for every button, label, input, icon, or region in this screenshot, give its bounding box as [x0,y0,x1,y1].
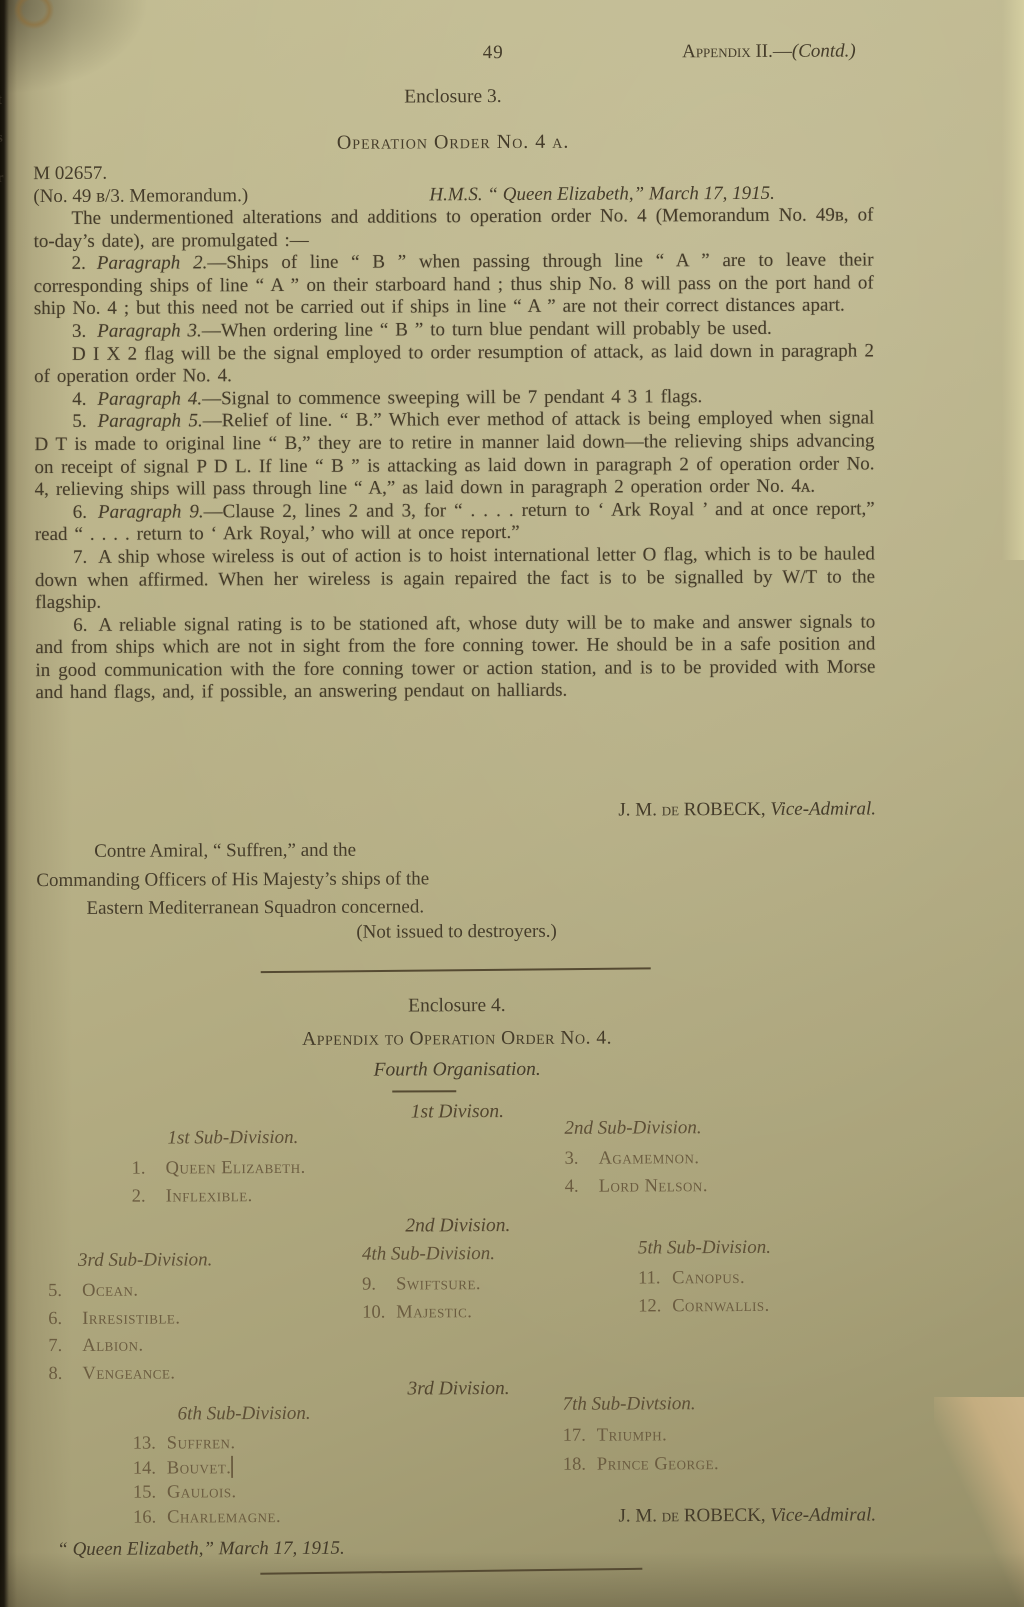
subdivision-title: 4th Sub-Division. [362,1243,495,1266]
ship-list: 5.Ocean. 6.Irresistible. 7.Albion. 8.Ven… [48,1277,213,1388]
paragraph-7: 7.A ship whose wireless is out of action… [35,543,875,614]
ship-number: 3. [564,1146,598,1174]
ship-list: 11.Canopus. 12.Cornwallis. [638,1265,771,1321]
subdivision-6: 6th Sub-Division. 13.Suffren. 14.Bouvet.… [133,1403,312,1530]
ship-number: 16. [133,1505,167,1530]
subdivision-title: 1st Sub-Division. [131,1127,305,1150]
paragraph-number: 6. [73,615,87,636]
horizontal-rule [261,967,651,973]
ship-item: 11.Canopus. [638,1265,771,1293]
paragraph-number: 3. [72,321,86,342]
subdivision-5: 5th Sub-Division. 11.Canopus. 12.Cornwal… [638,1237,771,1321]
destroyers-note: (Not issued to destroyers.) [37,919,877,945]
signature-name: J. M. de ROBECK, [618,1505,765,1527]
ship-item: 5.Ocean. [48,1277,213,1305]
ship-number: 12. [638,1293,672,1321]
ship-name: Prince George. [597,1454,719,1475]
ship-name: Agamemnon. [599,1148,700,1168]
ship-list: 9.Swiftsure. 10.Majestic. [362,1271,495,1327]
ship-item: 7.Albion. [48,1332,213,1360]
intro-paragraph: The undermentioned alterations and addit… [33,204,873,253]
ship-name: Suffren. [167,1433,236,1453]
subdivision-4: 4th Sub-Division. 9.Swiftsure. 10.Majest… [362,1243,495,1327]
ship-number: 7. [48,1333,82,1361]
ship-name: Inflexible. [166,1186,253,1206]
subdivision-7: 7th Sub-Divtsion. 17.Triumph. 18.Prince … [563,1393,720,1480]
ship-name: Gaulois. [167,1482,237,1502]
distribution-line: Eastern Mediterranean Squadron concerned… [36,894,429,924]
ship-item: 3.Agamemnon. [564,1145,707,1173]
subdivision-3: 3rd Sub-Division. 5.Ocean. 6.Irresistibl… [48,1249,213,1388]
ship-number: 15. [133,1481,167,1506]
ship-name: Ocean. [82,1281,138,1301]
enclosure-4-title: Enclosure 4. [37,993,877,1019]
ship-item: 14.Bouvet.▏ [133,1455,311,1480]
ship-number: 5. [48,1278,82,1306]
order-body-text: The undermentioned alterations and addit… [33,204,875,705]
ship-number: 11. [638,1265,672,1293]
ship-name: Charlemagne. [167,1507,281,1527]
subdivision-title: 7th Sub-Divtsion. [563,1393,719,1416]
distribution-line: Contre Amiral, “ Suffren,” and the [36,836,429,866]
reference-number: M 02657. [33,163,107,185]
ship-number: 10. [362,1299,396,1327]
operation-order-title: Operation Order No. 4 a. [33,129,873,156]
ship-item: 12.Cornwallis. [638,1292,771,1320]
paragraph-text: D I X 2 flag will be the signal employed… [34,340,874,387]
ship-number: 4. [565,1173,599,1201]
paragraph-5: 5.Paragraph 5.—Relief of line. “ B.” Whi… [34,408,874,502]
paragraph-text: —Signal to commence sweeping will be 7 p… [202,386,702,409]
ship-number: 1. [132,1156,166,1184]
signature-name: J. M. de ROBECK, [618,799,765,821]
ship-name: Swiftsure. [396,1274,481,1294]
ship-name: Majestic. [396,1302,472,1322]
paragraph-lead: Paragraph 9. [98,501,204,522]
division-3-title: 3rd Division. [39,1376,879,1402]
ship-name: Lord Nelson. [599,1176,708,1196]
ship-name: Queen Elizabeth. [166,1158,306,1179]
division-2-title: 2nd Division. [38,1213,878,1239]
paragraph-text: The undermentioned alterations and addit… [33,204,873,251]
signature-rank: Vice-Admiral. [770,798,876,819]
ship-item: 16.Charlemagne. [133,1504,311,1529]
enclosure-3-title: Enclosure 3. [33,84,873,110]
paragraph-text: A reliable signal rating is to be statio… [35,611,875,703]
subdivision-2: 2nd Sub-Division. 3.Agamemnon. 4.Lord Ne… [564,1117,708,1201]
ship-name: Albion. [82,1336,143,1356]
ship-item: 17.Triumph. [563,1421,719,1451]
ship-item: 9.Swiftsure. [362,1271,495,1299]
distribution-line: Commanding Officers of His Majesty’s shi… [36,865,429,895]
ship-number: 13. [133,1432,167,1457]
organisation-title: Fourth Organisation. [37,1057,877,1083]
page-text-layer: 49 Appendix II.—(Contd.) J. M. de ROBECK… [0,0,1024,1607]
paragraph-dix2: D I X 2 flag will be the signal employed… [34,340,874,389]
ship-name: Irresistible. [82,1308,180,1328]
appendix-contd: (Contd.) [792,40,856,61]
division-1-title: 1st Divison. [37,1099,877,1125]
paragraph-number: 2. [72,253,86,274]
subdivision-title: 3rd Sub-Division. [48,1249,213,1272]
ship-item: 1.Queen Elizabeth. [132,1155,306,1183]
ship-item: 13.Suffren. [133,1431,311,1456]
paragraph-6: 6.Paragraph 9.—Clause 2, lines 2 and 3, … [35,498,875,547]
ship-item: 15.Gaulois. [133,1480,311,1505]
ship-list: 17.Triumph. 18.Prince George. [563,1421,719,1480]
ship-number: 2. [132,1183,166,1211]
short-rule [392,1090,456,1092]
signature-enclosure-4: J. M. de ROBECK, Vice-Admiral. [618,1504,876,1527]
signature-enclosure-3: J. M. de ROBECK, Vice-Admiral. [618,798,876,821]
page-number: 49 [483,42,504,64]
ship-list: 13.Suffren. 14.Bouvet.▏ 15.Gaulois. 16.C… [133,1431,311,1530]
footer-dateline: “ Queen Elizabeth,” March 17, 1915. [57,1538,345,1561]
signature-rank: Vice-Admiral. [770,1504,876,1525]
ship-item: 2.Inflexible. [132,1182,306,1210]
enclosure-3-section: 49 Appendix II.—(Contd.) J. M. de ROBECK… [32,0,872,2]
subdivision-title: 6th Sub-Division. [133,1403,311,1426]
ship-number: 18. [563,1451,597,1480]
ship-list: 1.Queen Elizabeth. 2.Inflexible. [132,1155,306,1211]
ship-item: 18.Prince George. [563,1450,719,1480]
subdivision-title: 5th Sub-Division. [638,1237,771,1260]
paragraph-2: 2.Paragraph 2.—Ships of line “ B ” when … [34,250,874,321]
appendix-label: Appendix II.— [682,41,792,62]
ship-item: 10.Majestic. [362,1299,495,1327]
subdivision-title: 2nd Sub-Division. [564,1117,707,1140]
ship-name: Triumph. [597,1425,668,1445]
ship-name: Cornwallis. [672,1295,770,1315]
ship-number: 9. [362,1272,396,1300]
paragraph-6b: 6.A reliable signal rating is to be stat… [35,611,875,705]
ship-list: 3.Agamemnon. 4.Lord Nelson. [564,1145,707,1201]
paragraph-text: A ship whose wireless is out of action i… [35,543,875,613]
ship-item: 6.Irresistible. [48,1305,213,1333]
paragraph-number: 7. [73,547,87,568]
paragraph-lead: Paragraph 2. [97,253,207,274]
paragraph-number: 4. [72,389,86,410]
memo-reference: (No. 49 ʙ/3. Memorandum.) [33,185,248,207]
appendix-header: Appendix II.—(Contd.) [682,40,856,63]
ship-number: 6. [48,1305,82,1333]
ship-number: 14. [133,1456,167,1481]
bottom-rule [260,1568,642,1575]
paragraph-number: 5. [72,411,86,432]
ship-name: Canopus. [672,1268,745,1288]
paragraph-number: 6. [73,502,87,523]
subdivision-1: 1st Sub-Division. 1.Queen Elizabeth. 2.I… [131,1127,305,1211]
scanned-document-page: t s r 49 Appendix II.—(Contd.) J. M. de … [0,0,1024,1607]
paragraph-lead: Paragraph 5. [98,411,203,432]
paragraph-text: —When ordering line “ B ” to turn blue p… [202,318,772,341]
ship-item: 4.Lord Nelson. [565,1173,708,1201]
ship-number: 17. [563,1422,597,1451]
ship-name: Bouvet.▏ [167,1458,246,1478]
paragraph-lead: Paragraph 3. [97,320,202,341]
distribution-list: Contre Amiral, “ Suffren,” and the Comma… [36,836,429,923]
ship-dateline: H.M.S. “ Queen Elizabeth,” March 17, 191… [429,183,775,207]
running-header: 49 Appendix II.—(Contd.) [33,40,873,70]
paragraph-lead: Paragraph 4. [97,388,202,409]
appendix-to-order-title: Appendix to Operation Order No. 4. [37,1026,877,1052]
